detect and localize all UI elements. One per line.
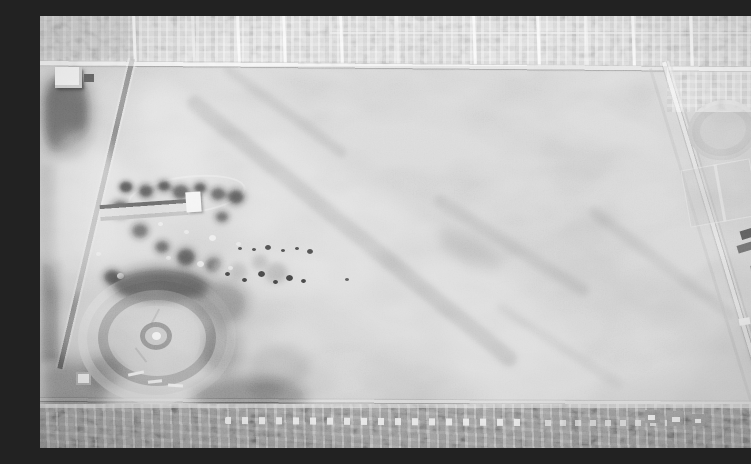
photo-vignette bbox=[40, 16, 751, 448]
aerial-photograph: Oblique black-and-white aerial photograp… bbox=[40, 16, 751, 448]
